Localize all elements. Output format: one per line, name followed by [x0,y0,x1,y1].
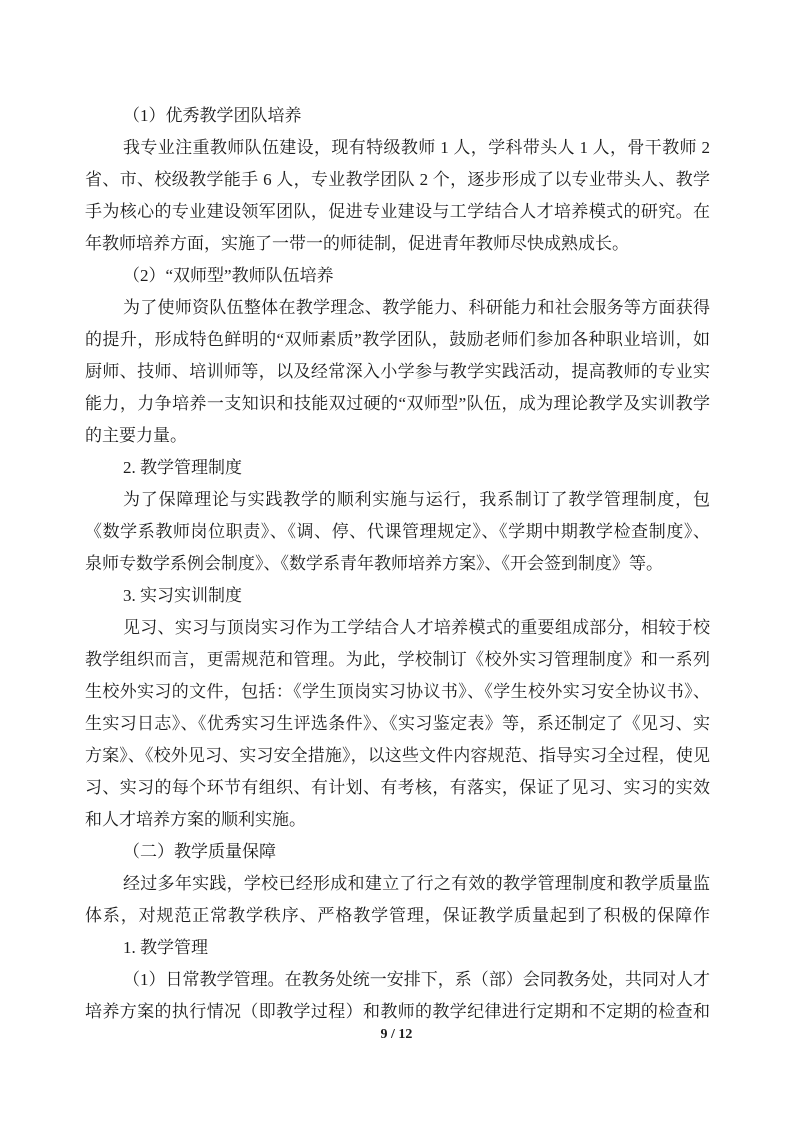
heading-line: （二）教学质量保障 [85,836,710,868]
text-line: 的提升，形成特色鲜明的“双师素质”教学团队，鼓励老师们参加各种职业培训，如 [85,324,710,356]
text-line: 经过多年实践，学校已经形成和建立了行之有效的教学管理制度和教学质量监控 [85,868,710,900]
text-line: 年教师培养方面，实施了一带一的师徒制，促进青年教师尽快成熟成长。 [85,228,710,260]
text-line: 泉师专数学系例会制度》、《数学系青年教师培养方案》、《开会签到制度》等。 [85,548,710,580]
text-line: 和人才培养方案的顺利实施。 [85,804,710,836]
heading-line: 3. 实习实训制度 [85,580,710,612]
heading-line: （2）“双师型”教师队伍培养 [85,260,710,292]
text-line: 生校外实习的文件，包括：《学生顶岗实习协议书》、《学生校外实习安全协议书》、《学 [85,676,710,708]
text-line: 厨师、技师、培训师等，以及经常深入小学参与教学实践活动，提高教师的专业实践 [85,356,710,388]
page-content: （1）优秀教学团队培养 我专业注重教师队伍建设，现有特级教师 1 人，学科带头人… [85,100,710,1028]
text-line: 我专业注重教师队伍建设，现有特级教师 1 人，学科带头人 1 人，骨干教师 2 … [85,132,710,164]
text-line: 培养方案的执行情况（即教学过程）和教师的教学纪律进行定期和不定期的检查和督 [85,996,710,1028]
text-line: 《数学系教师岗位职责》、《调、停、代课管理规定》、《学期中期教学检查制度》、《阳 [85,516,710,548]
text-line: 生实习日志》、《优秀实习生评选条件》、《实习鉴定表》等，系还制定了《见习、实习 [85,708,710,740]
text-line: 方案》、《校外见习、实习安全措施》，以这些文件内容规范、指导实习全过程，使见 [85,740,710,772]
text-line: 体系，对规范正常教学秩序、严格教学管理，保证教学质量起到了积极的保障作用。 [85,900,710,932]
text-line: 教学组织而言，更需规范和管理。为此，学校制订《校外实习管理制度》和一系列学 [85,644,710,676]
text-line: 能力，力争培养一支知识和技能双过硬的“双师型”队伍，成为理论教学及实训教学 [85,388,710,420]
text-line: （1）日常教学管理。在教务处统一安排下，系（部）会同教务处，共同对人才 [85,964,710,996]
text-line: 为了使师资队伍整体在教学理念、教学能力、科研能力和社会服务等方面获得大 [85,292,710,324]
text-line: 为了保障理论与实践教学的顺利实施与运行，我系制订了教学管理制度，包括： [85,484,710,516]
page-number: 9 / 12 [0,1026,793,1044]
text-line: 省、市、校级教学能手 6 人，专业教学团队 2 个，逐步形成了以专业带头人、教学… [85,164,710,196]
document-page: （1）优秀教学团队培养 我专业注重教师队伍建设，现有特级教师 1 人，学科带头人… [0,0,793,1122]
heading-line: 1. 教学管理 [85,932,710,964]
heading-line: 2. 教学管理制度 [85,452,710,484]
text-line: 见习、实习与顶岗实习作为工学结合人才培养模式的重要组成部分，相较于校内 [85,612,710,644]
heading-line: （1）优秀教学团队培养 [85,100,710,132]
text-line: 的主要力量。 [85,420,710,452]
text-line: 手为核心的专业建设领军团队，促进专业建设与工学结合人才培养模式的研究。在青 [85,196,710,228]
text-line: 习、实习的每个环节有组织、有计划、有考核，有落实，保证了见习、实习的实效性 [85,772,710,804]
